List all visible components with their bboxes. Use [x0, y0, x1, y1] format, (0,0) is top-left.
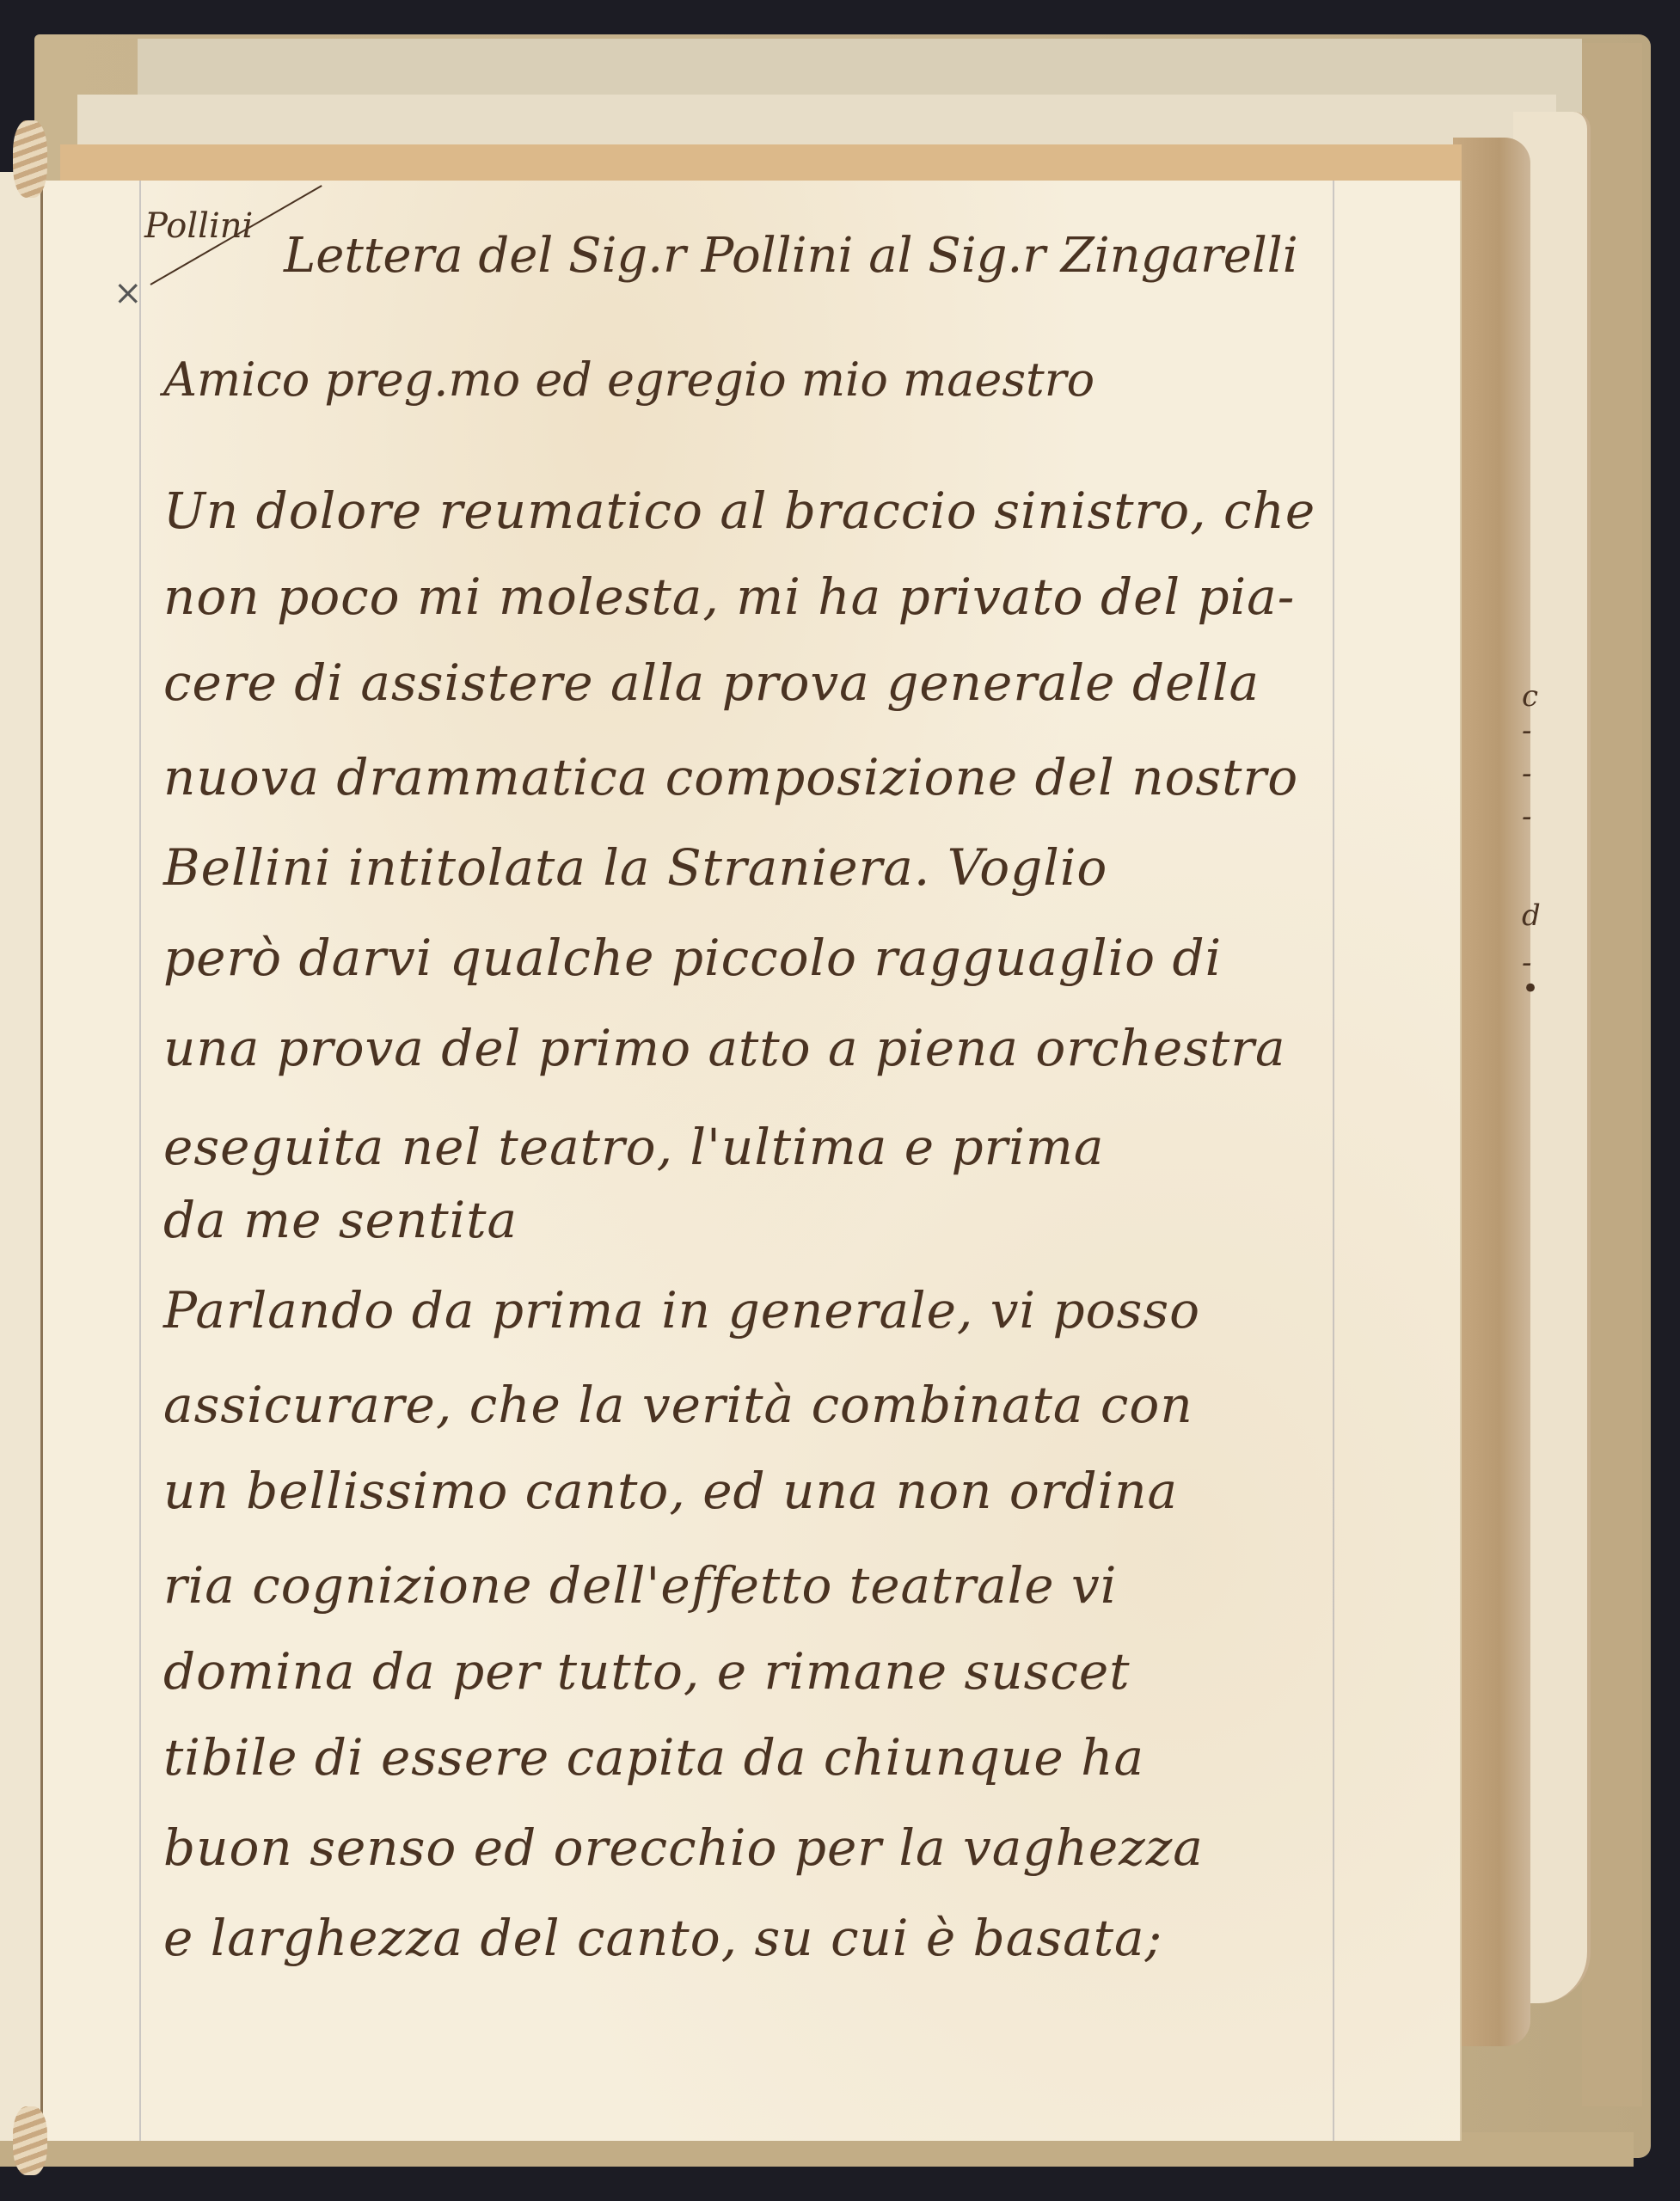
edge-mark: • [1522, 972, 1539, 1006]
edge-mark: c [1522, 679, 1538, 714]
body-line: una prova del primo atto a piena orchest… [163, 1019, 1286, 1077]
body-line: eseguita nel teatro, l'ultima e prima [163, 1118, 1104, 1176]
stacked-sheet-right-inner [1453, 138, 1530, 2046]
body-line: Parlando da prima in generale, vi posso [163, 1281, 1200, 1340]
edge-mark: - [1522, 757, 1532, 791]
binding-thread-top-icon [13, 120, 47, 198]
body-line: non poco mi molesta, mi ha privato del p… [163, 567, 1295, 626]
edge-mark: - [1522, 714, 1532, 748]
body-line: buon senso ed orecchio per la vaghezza [163, 1818, 1204, 1877]
facing-page-edge [0, 172, 43, 2141]
body-line: domina da per tutto, e rimane suscet [163, 1642, 1131, 1701]
body-line: Bellini intitolata la Straniera. Voglio [163, 838, 1107, 897]
body-line: cere di assistere alla prova generale de… [163, 653, 1260, 712]
body-line: un bellissimo canto, ed una non ordina [163, 1462, 1178, 1520]
edge-mark: d [1522, 898, 1541, 933]
binding-thread-bottom-icon [13, 2106, 47, 2175]
body-line: e larghezza del canto, su cui è basata; [163, 1909, 1162, 1967]
body-line: da me sentita [163, 1191, 518, 1249]
left-ruling-line [139, 181, 141, 2141]
right-ruling-line [1333, 181, 1334, 2141]
margin-note: Pollini [144, 206, 253, 246]
letter-heading: Lettera del Sig.r Pollini al Sig.r Zinga… [284, 228, 1298, 284]
edge-mark: - [1522, 800, 1532, 834]
body-line: assicurare, che la verità combinata con [163, 1376, 1193, 1434]
body-line: Un dolore reumatico al braccio sinistro,… [163, 481, 1315, 540]
cross-mark-icon: × [113, 273, 143, 313]
body-line: nuova drammatica composizione del nostro [163, 748, 1298, 806]
letter-salutation: Amico preg.mo ed egregio mio maestro [163, 353, 1094, 407]
body-line: però darvi qualche piccolo ragguaglio di [163, 929, 1222, 987]
tan-paper-strip [60, 144, 1462, 181]
body-line: tibile di essere capita da chiunque ha [163, 1728, 1144, 1787]
cover-edge [1582, 43, 1642, 2106]
body-line: ria cognizione dell'effetto teatrale vi [163, 1556, 1117, 1615]
